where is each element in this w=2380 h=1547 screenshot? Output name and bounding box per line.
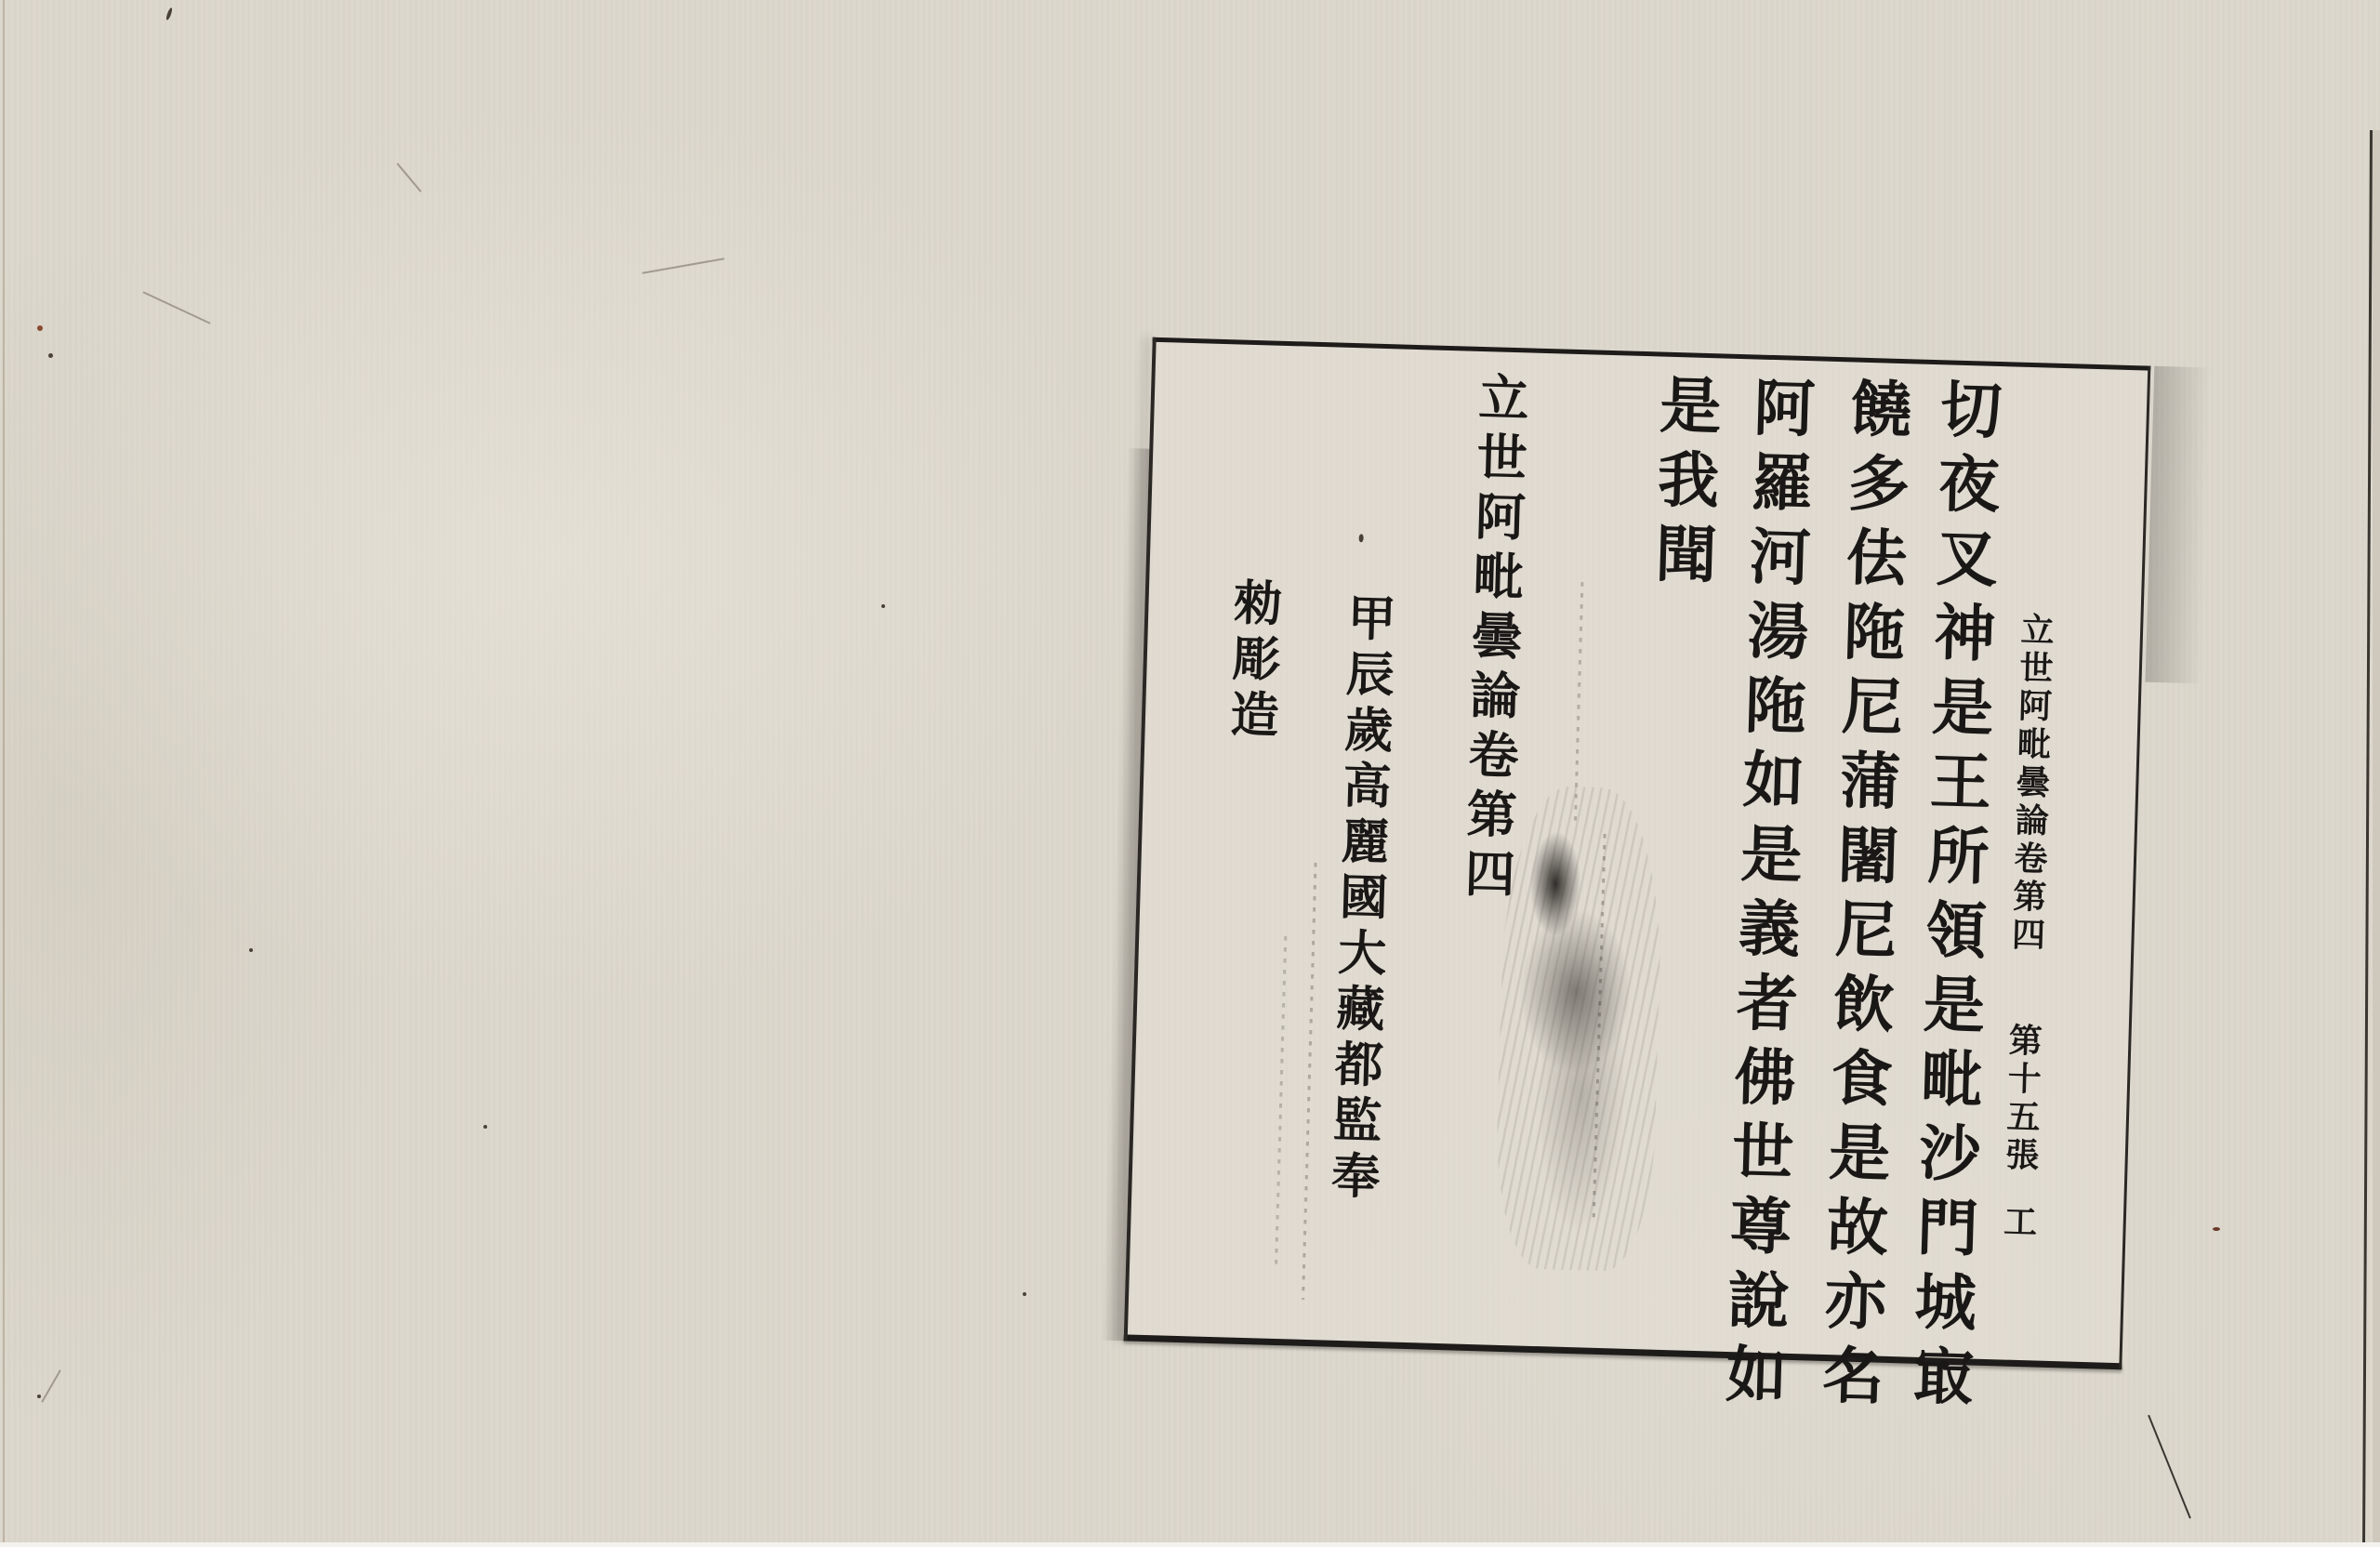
paper-speck (37, 1395, 41, 1398)
left-page-edge (3, 0, 5, 1542)
paper-speck (881, 604, 885, 608)
paper-speck (48, 353, 53, 358)
leaf-fold-line (2362, 130, 2373, 1542)
paper-fiber (642, 258, 725, 274)
paper-fiber (142, 291, 210, 324)
paper-speck (2213, 1227, 2220, 1231)
colophon-line-2: 勑彫造 (1219, 576, 1277, 746)
marginal-mark: 工 (1997, 1203, 2035, 1242)
paper-fiber (41, 1369, 61, 1403)
text-column-4: 是我聞 (1644, 372, 1717, 597)
paper-speck (1023, 1292, 1026, 1296)
next-leaf-edge (2373, 130, 2380, 1542)
paper-speck (37, 325, 43, 331)
marginal-leaf-number: 第十五張 (1999, 1022, 2041, 1175)
paper-speck (249, 948, 253, 952)
ink-smudge (1493, 785, 1665, 1273)
printed-block: 立世阿毗曇論卷第四 第十五張 工 切夜叉神是王所領是毗沙門城㝡 饒多佉陁尼蒲闍尼… (1124, 337, 2151, 1369)
paper-fiber (396, 163, 421, 192)
stray-hair-line (2148, 1415, 2191, 1519)
paper-speck (483, 1125, 487, 1129)
paper-speck (165, 7, 174, 21)
ink-bleed-right (2146, 366, 2211, 684)
paper-sheet: 立世阿毗曇論卷第四 第十五張 工 切夜叉神是王所領是毗沙門城㝡 饒多佉陁尼蒲闍尼… (0, 0, 2380, 1542)
scan-bottom-margin (0, 1542, 2380, 1547)
